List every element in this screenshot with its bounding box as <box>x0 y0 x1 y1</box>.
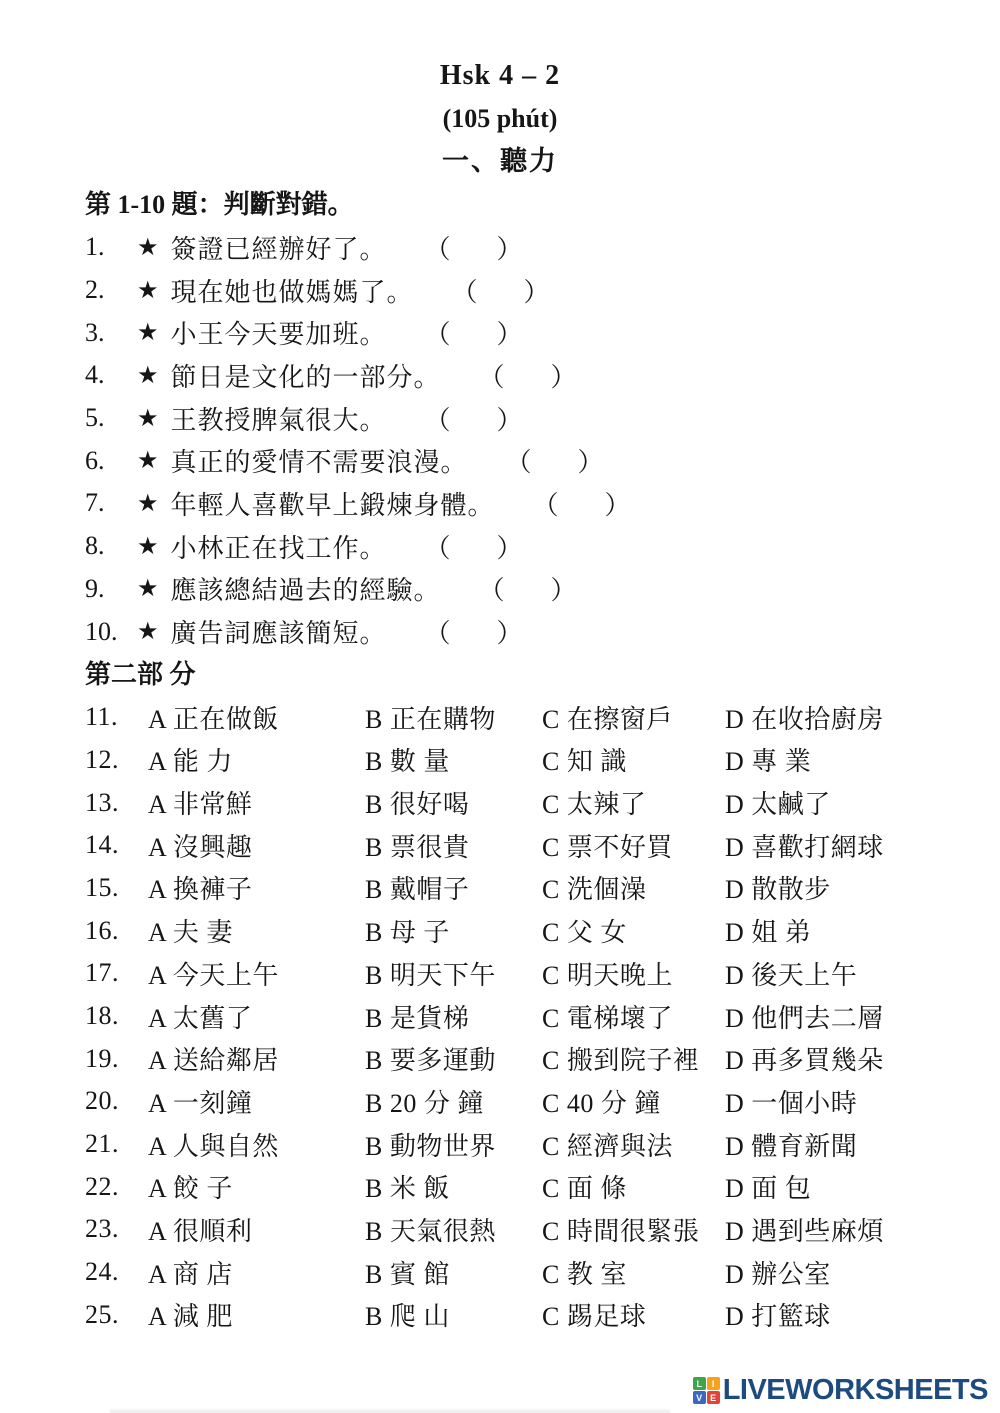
item-number: 14. <box>85 830 148 860</box>
item-number: 16. <box>85 916 148 946</box>
choice-item: 19. A 送給鄰居 B 要多運動 C 搬到院子裡 D 再多買幾朵 <box>85 1037 1000 1080</box>
choice-item: 16. A 夫 妻 B 母 子 C 父 女 D 姐 弟 <box>85 909 1000 952</box>
statement-text: 小林正在找工作。 <box>171 528 387 565</box>
true-false-item: 10. ★ 廣告詞應該簡短。 （ ） <box>85 610 1000 653</box>
true-false-item: 4. ★ 節日是文化的一部分。 （ ） <box>85 354 1000 397</box>
liveworksheets-logo[interactable]: L I V E LIVEWORKSHEETS <box>693 1374 988 1407</box>
answer-blank[interactable]: （ ） <box>452 272 560 309</box>
option-b[interactable]: B 票很貴 <box>365 827 542 864</box>
option-d[interactable]: D 辦公室 <box>725 1254 1000 1291</box>
star-icon: ★ <box>137 489 159 518</box>
answer-blank[interactable]: （ ） <box>533 485 641 522</box>
option-c[interactable]: C 電梯壞了 <box>542 998 725 1035</box>
option-a[interactable]: A 一刻鐘 <box>148 1083 365 1120</box>
item-number: 24. <box>85 1257 148 1287</box>
true-false-item: 7. ★ 年輕人喜歡早上鍛煉身體。 （ ） <box>85 482 1000 525</box>
item-number: 4. <box>85 360 137 390</box>
option-d[interactable]: D 在收拾廚房 <box>725 699 1000 736</box>
option-d[interactable]: D 姐 弟 <box>725 912 1000 949</box>
star-icon: ★ <box>137 404 159 433</box>
option-d[interactable]: D 後天上午 <box>725 955 1000 992</box>
item-number: 1. <box>85 232 137 262</box>
answer-blank[interactable]: （ ） <box>425 613 533 650</box>
item-number: 10. <box>85 617 137 647</box>
item-number: 17. <box>85 958 148 988</box>
statement-text: 應該總結過去的經驗。 <box>171 570 441 607</box>
item-number: 2. <box>85 275 137 305</box>
option-a[interactable]: A 太舊了 <box>148 998 365 1035</box>
true-false-item: 3. ★ 小王今天要加班。 （ ） <box>85 311 1000 354</box>
item-number: 7. <box>85 488 137 518</box>
choice-item: 11. A 正在做飯 B 正在購物 C 在擦窗戶 D 在收拾廚房 <box>85 696 1000 739</box>
choice-item: 20. A 一刻鐘 B 20 分 鐘 C 40 分 鐘 D 一個小時 <box>85 1080 1000 1123</box>
item-number: 15. <box>85 873 148 903</box>
doc-title: Hsk 4 – 2 <box>0 54 1000 97</box>
choice-item: 14. A 沒興趣 B 票很貴 C 票不好買 D 喜歡打網球 <box>85 824 1000 867</box>
star-icon: ★ <box>137 276 159 305</box>
option-d[interactable]: D 再多買幾朵 <box>725 1040 1000 1077</box>
item-number: 12. <box>85 745 148 775</box>
option-c[interactable]: C 教 室 <box>542 1254 725 1291</box>
statement-text: 小王今天要加班。 <box>171 314 387 351</box>
answer-blank[interactable]: （ ） <box>479 357 587 394</box>
logo-square-l: L <box>693 1377 706 1390</box>
option-b[interactable]: B 戴帽子 <box>365 869 542 906</box>
option-b[interactable]: B 天氣很熱 <box>365 1211 542 1248</box>
option-a[interactable]: A 非常鮮 <box>148 784 365 821</box>
star-icon: ★ <box>137 532 159 561</box>
logo-square-i: I <box>707 1377 720 1390</box>
item-number: 25. <box>85 1300 148 1330</box>
true-false-item: 8. ★ 小林正在找工作。 （ ） <box>85 525 1000 568</box>
worksheet-page: Hsk 4 – 2 (105 phút) 一、聽力 第 1-10 題：判斷對錯。… <box>0 0 1000 1413</box>
statement-text: 廣告詞應該簡短。 <box>171 613 387 650</box>
option-a[interactable]: A 餃 子 <box>148 1168 365 1205</box>
option-a[interactable]: A 人與自然 <box>148 1126 365 1163</box>
star-icon: ★ <box>137 361 159 390</box>
option-d[interactable]: D 喜歡打網球 <box>725 827 1000 864</box>
item-number: 9. <box>85 574 137 604</box>
true-false-list: 1. ★ 簽證已經辦好了。 （ ） 2. ★ 現在她也做媽媽了。 （ ） 3. … <box>85 226 1000 653</box>
option-b[interactable]: B 是貨梯 <box>365 998 542 1035</box>
option-d[interactable]: D 體育新聞 <box>725 1126 1000 1163</box>
statement-text: 王教授脾氣很大。 <box>171 400 387 437</box>
choice-item: 22. A 餃 子 B 米 飯 C 面 條 D 面 包 <box>85 1165 1000 1208</box>
option-b[interactable]: B 數 量 <box>365 741 542 778</box>
duration-label: (105 phút) <box>0 97 1000 140</box>
option-a[interactable]: A 正在做飯 <box>148 699 365 736</box>
option-b[interactable]: B 母 子 <box>365 912 542 949</box>
option-d[interactable]: D 打籃球 <box>725 1296 1000 1333</box>
answer-blank[interactable]: （ ） <box>479 570 587 607</box>
option-b[interactable]: B 動物世界 <box>365 1126 542 1163</box>
option-d[interactable]: D 面 包 <box>725 1168 1000 1205</box>
star-icon: ★ <box>137 318 159 347</box>
answer-blank[interactable]: （ ） <box>425 400 533 437</box>
option-d[interactable]: D 一個小時 <box>725 1083 1000 1120</box>
multiple-choice-list: 11. A 正在做飯 B 正在購物 C 在擦窗戶 D 在收拾廚房 12. A 能… <box>85 696 1000 1336</box>
star-icon: ★ <box>137 233 159 262</box>
true-false-item: 2. ★ 現在她也做媽媽了。 （ ） <box>85 269 1000 312</box>
statement-text: 年輕人喜歡早上鍛煉身體。 <box>171 485 495 522</box>
option-a[interactable]: A 減 肥 <box>148 1296 365 1333</box>
choice-item: 23. A 很順利 B 天氣很熱 C 時間很緊張 D 遇到些麻煩 <box>85 1208 1000 1251</box>
section-heading-listening: 一、聽力 <box>0 140 1000 183</box>
option-a[interactable]: A 夫 妻 <box>148 912 365 949</box>
option-d[interactable]: D 他們去二層 <box>725 998 1000 1035</box>
option-c[interactable]: C 經濟與法 <box>542 1126 725 1163</box>
option-a[interactable]: A 商 店 <box>148 1254 365 1291</box>
option-d[interactable]: D 遇到些麻煩 <box>725 1211 1000 1248</box>
option-a[interactable]: A 送給鄰居 <box>148 1040 365 1077</box>
star-icon: ★ <box>137 574 159 603</box>
title-block: Hsk 4 – 2 (105 phút) 一、聽力 <box>0 0 1000 183</box>
option-d[interactable]: D 太鹹了 <box>725 784 1000 821</box>
statement-text: 現在她也做媽媽了。 <box>171 272 414 309</box>
option-d[interactable]: D 散散步 <box>725 869 1000 906</box>
option-c[interactable]: C 知 識 <box>542 741 725 778</box>
choice-item: 15. A 換褲子 B 戴帽子 C 洗個澡 D 散散步 <box>85 867 1000 910</box>
option-c[interactable]: C 踢足球 <box>542 1296 725 1333</box>
choice-item: 21. A 人與自然 B 動物世界 C 經濟與法 D 體育新聞 <box>85 1123 1000 1166</box>
item-number: 23. <box>85 1214 148 1244</box>
answer-blank[interactable]: （ ） <box>425 229 533 266</box>
item-number: 20. <box>85 1086 148 1116</box>
part1-instructions: 第 1-10 題：判斷對錯。 <box>85 183 1000 226</box>
item-number: 21. <box>85 1129 148 1159</box>
item-number: 13. <box>85 788 148 818</box>
choice-item: 18. A 太舊了 B 是貨梯 C 電梯壞了 D 他們去二層 <box>85 995 1000 1038</box>
option-b[interactable]: B 要多運動 <box>365 1040 542 1077</box>
item-number: 6. <box>85 446 137 476</box>
item-number: 8. <box>85 531 137 561</box>
option-b[interactable]: B 賓 館 <box>365 1254 542 1291</box>
answer-blank[interactable]: （ ） <box>425 314 533 351</box>
true-false-item: 6. ★ 真正的愛情不需要浪漫。 （ ） <box>85 439 1000 482</box>
statement-text: 真正的愛情不需要浪漫。 <box>171 442 468 479</box>
option-c[interactable]: C 時間很緊張 <box>542 1211 725 1248</box>
option-c[interactable]: C 父 女 <box>542 912 725 949</box>
item-number: 5. <box>85 403 137 433</box>
option-b[interactable]: B 正在購物 <box>365 699 542 736</box>
option-b[interactable]: B 爬 山 <box>365 1296 542 1333</box>
true-false-item: 5. ★ 王教授脾氣很大。 （ ） <box>85 397 1000 440</box>
option-a[interactable]: A 能 力 <box>148 741 365 778</box>
option-c[interactable]: C 搬到院子裡 <box>542 1040 725 1077</box>
option-b[interactable]: B 很好喝 <box>365 784 542 821</box>
answer-blank[interactable]: （ ） <box>506 442 614 479</box>
logo-square-e: E <box>707 1391 720 1404</box>
choice-item: 12. A 能 力 B 數 量 C 知 識 D 專 業 <box>85 739 1000 782</box>
statement-text: 節日是文化的一部分。 <box>171 357 441 394</box>
option-a[interactable]: A 換褲子 <box>148 869 365 906</box>
choice-item: 13. A 非常鮮 B 很好喝 C 太辣了 D 太鹹了 <box>85 781 1000 824</box>
option-c[interactable]: C 太辣了 <box>542 784 725 821</box>
option-b[interactable]: B 米 飯 <box>365 1168 542 1205</box>
choice-item: 24. A 商 店 B 賓 館 C 教 室 D 辦公室 <box>85 1251 1000 1294</box>
item-number: 18. <box>85 1001 148 1031</box>
true-false-item: 9. ★ 應該總結過去的經驗。 （ ） <box>85 568 1000 611</box>
option-d[interactable]: D 專 業 <box>725 741 1000 778</box>
option-b[interactable]: B 20 分 鐘 <box>365 1083 542 1120</box>
item-number: 3. <box>85 318 137 348</box>
logo-square-v: V <box>693 1391 706 1404</box>
option-a[interactable]: A 沒興趣 <box>148 827 365 864</box>
option-c[interactable]: C 票不好買 <box>542 827 725 864</box>
choice-item: 17. A 今天上午 B 明天下午 C 明天晚上 D 後天上午 <box>85 952 1000 995</box>
logo-wordmark: LIVEWORKSHEETS <box>723 1374 988 1407</box>
option-c[interactable]: C 面 條 <box>542 1168 725 1205</box>
statement-text: 簽證已經辦好了。 <box>171 229 387 266</box>
true-false-item: 1. ★ 簽證已經辦好了。 （ ） <box>85 226 1000 269</box>
option-c[interactable]: C 洗個澡 <box>542 869 725 906</box>
item-number: 11. <box>85 702 148 732</box>
option-c[interactable]: C 明天晚上 <box>542 955 725 992</box>
part2-heading: 第二部 分 <box>85 653 1000 696</box>
liveworksheets-logo-icon: L I V E <box>693 1377 720 1404</box>
option-c[interactable]: C 在擦窗戶 <box>542 699 725 736</box>
option-b[interactable]: B 明天下午 <box>365 955 542 992</box>
item-number: 19. <box>85 1044 148 1074</box>
item-number: 22. <box>85 1172 148 1202</box>
option-c[interactable]: C 40 分 鐘 <box>542 1083 725 1120</box>
answer-blank[interactable]: （ ） <box>425 528 533 565</box>
star-icon: ★ <box>137 446 159 475</box>
option-a[interactable]: A 很順利 <box>148 1211 365 1248</box>
choice-item: 25. A 減 肥 B 爬 山 C 踢足球 D 打籃球 <box>85 1294 1000 1337</box>
option-a[interactable]: A 今天上午 <box>148 955 365 992</box>
star-icon: ★ <box>137 617 159 646</box>
